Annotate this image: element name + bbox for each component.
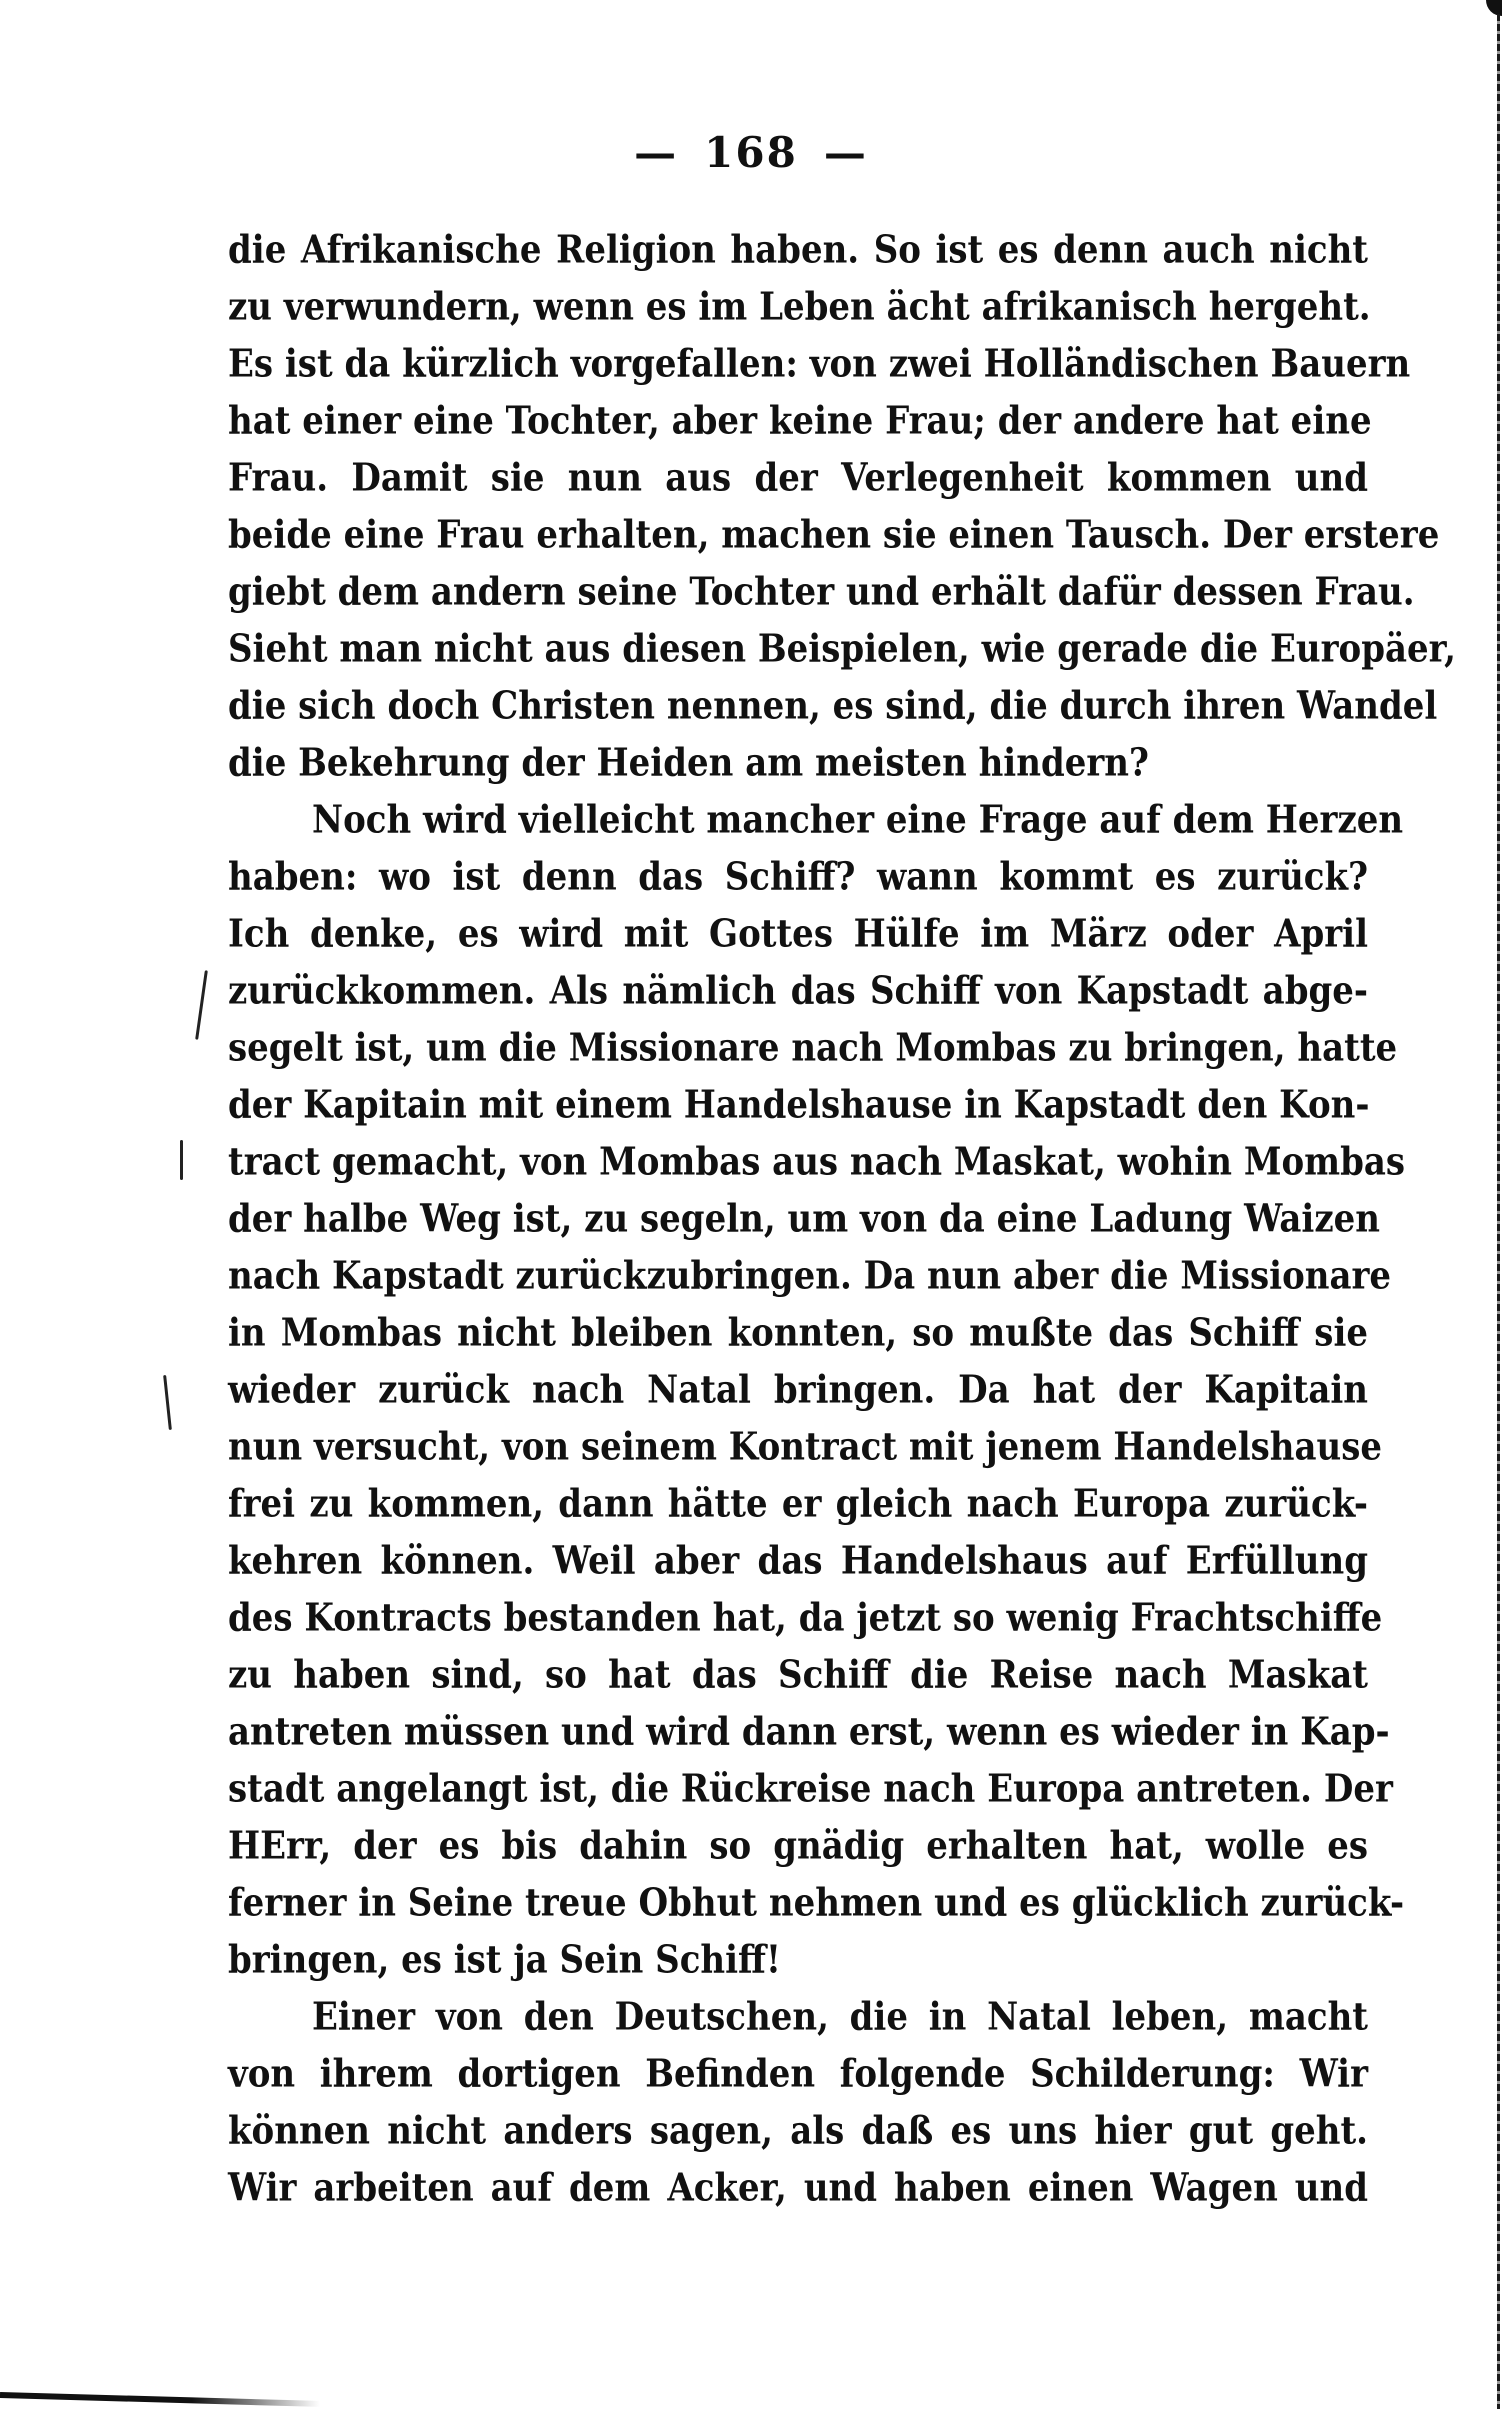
page-bottom-shadow: [0, 2392, 320, 2407]
text-line: haben: wo ist denn das Schiff? wann komm…: [228, 846, 1368, 909]
text-line: nun versucht, von seinem Kontract mit je…: [228, 1416, 1368, 1479]
text-line: beide eine Frau erhalten, machen sie ein…: [228, 504, 1368, 567]
text-line: zu verwundern, wenn es im Leben ächt afr…: [228, 276, 1368, 339]
text-line: kehren können. Weil aber das Handelshaus…: [228, 1530, 1368, 1593]
paragraph-start-line: Noch wird vielleicht mancher eine Frage …: [228, 789, 1368, 852]
text-line: die sich doch Christen nennen, es sind, …: [228, 675, 1368, 738]
text-line: HErr, der es bis dahin so gnädig erhalte…: [228, 1815, 1368, 1878]
text-line: Frau. Damit sie nun aus der Verlegenheit…: [228, 447, 1368, 510]
text-line: hat einer eine Tochter, aber keine Frau;…: [228, 390, 1368, 453]
text-line: von ihrem dortigen Befinden folgende Sch…: [228, 2043, 1368, 2106]
page-right-edge: [1497, 14, 1500, 2409]
text-line: der Kapitain mit einem Handelshause in K…: [228, 1074, 1368, 1137]
text-line: nach Kapstadt zurückzubringen. Da nun ab…: [228, 1245, 1368, 1308]
text-line: segelt ist, um die Missionare nach Momba…: [228, 1017, 1368, 1080]
text-line: ferner in Seine treue Obhut nehmen und e…: [228, 1872, 1368, 1935]
text-line: der halbe Weg ist, zu segeln, um von da …: [228, 1188, 1368, 1251]
text-line: antreten müssen und wird dann erst, wenn…: [228, 1701, 1368, 1764]
text-line: giebt dem andern seine Tochter und erhäl…: [228, 561, 1368, 624]
text-line: stadt angelangt ist, die Rückreise nach …: [228, 1758, 1368, 1821]
text-line: die Bekehrung der Heiden am meisten hind…: [228, 732, 1368, 795]
margin-pencil-mark: [195, 970, 208, 1040]
text-line: die Afrikanische Religion haben. So ist …: [228, 219, 1368, 282]
text-line: bringen, es ist ja Sein Schiff!: [228, 1929, 1368, 1992]
page-number: 168: [704, 128, 798, 177]
text-line: Sieht man nicht aus diesen Beispielen, w…: [228, 618, 1368, 681]
text-line: Ich denke, es wird mit Gottes Hülfe im M…: [228, 903, 1368, 966]
margin-pencil-mark: [180, 1140, 183, 1180]
text-line: zu haben sind, so hat das Schiff die Rei…: [228, 1644, 1368, 1707]
margin-pencil-mark: [163, 1375, 172, 1430]
paragraph-start-line: Einer von den Deutschen, die in Natal le…: [228, 1986, 1368, 2049]
text-line: zurückkommen. Als nämlich das Schiff von…: [228, 960, 1368, 1023]
page-number-dash-right: —: [824, 128, 868, 177]
text-line: tract gemacht, von Mombas aus nach Maska…: [228, 1131, 1368, 1194]
text-line: in Mombas nicht bleiben konnten, so mußt…: [228, 1302, 1368, 1365]
page-number-header: —168—: [0, 128, 1502, 177]
text-line: Wir arbeiten auf dem Acker, und haben ei…: [228, 2157, 1368, 2220]
text-line: Es ist da kürzlich vorgefallen: von zwei…: [228, 333, 1368, 396]
text-line: des Kontracts bestanden hat, da jetzt so…: [228, 1587, 1368, 1650]
text-line: frei zu kommen, dann hätte er gleich nac…: [228, 1473, 1368, 1536]
book-page: —168— die Afrikanische Religion haben. S…: [0, 0, 1502, 2409]
text-line: können nicht anders sagen, als daß es un…: [228, 2100, 1368, 2163]
page-number-dash-left: —: [634, 128, 678, 177]
text-line: wieder zurück nach Natal bringen. Da hat…: [228, 1359, 1368, 1422]
